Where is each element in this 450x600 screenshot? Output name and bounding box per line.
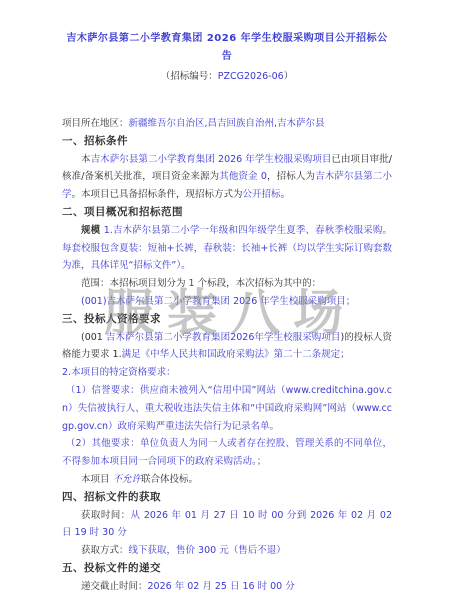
text-run: 递交截止时间： [81,581,148,592]
text-run: 其他资金 0 [219,171,267,182]
subtitle-prefix: （招标编号： [161,71,218,82]
text-run: 本项目 [81,474,113,485]
text-run: 二、项目概况和招标范围 [62,206,183,218]
paragraph: 本吉木萨尔县第二小学教育集团 2026 年学生校服采购项目已由项目审批/核准/备… [62,151,392,204]
text-run: 获取时间： [81,510,131,521]
text-run: 五、投标文件的递交 [62,562,161,574]
bid-announcement-page: 吉木萨尔县第二小学教育集团 2026 年学生校服采购项目公开招标公告 （招标编号… [0,0,450,600]
text-run: 吉木萨尔县第二小学教育集团2026年学生校服采购项目 [106,332,341,343]
paragraph: (001 吉木萨尔县第二小学教育集团2026年学生校服采购项目)的投标人资格能力… [62,329,392,365]
paragraph: （1）信誉要求：供应商未被列入“信用中国”网站（www.creditchina.… [62,382,392,435]
section-heading: 五、投标文件的递交 [62,560,392,578]
text-run: 。 [281,189,291,200]
paragraph: （2）其他要求：单位负责人为同一人或者存在控股、管理关系的不同单位，不得参加本项… [62,435,392,471]
text-run: 2.本项目的特定资格要求： [62,367,176,378]
text-run: 规模 [81,225,104,236]
text-run: 线下获取，售价 300 元（售后不退） [129,545,286,556]
meta-line: 项目所在地区：新疆维吾尔自治区,昌吉回族自治州,吉木萨尔县 [62,115,392,133]
document-title: 吉木萨尔县第二小学教育集团 2026 年学生校服采购项目公开招标公告 [62,30,392,66]
text-run: 。本项目已具备招标条件，现招标方式为 [72,189,243,200]
text-run: 满足《中华人民共和国政府采购法》第二十二条规定； [122,349,350,360]
paragraph: 获取时间：从 2026 年 01 月 27 日 10 时 00 分到 2026 … [62,507,392,543]
text-run: 个标段，本次招标为其中的： [195,278,322,289]
paragraph: 递交截止时间：2026 年 02 月 25 日 16 时 00 分 [62,578,392,596]
text-run: 三、投标人资格要求 [62,313,161,325]
text-run: 不允许 [113,474,142,485]
text-run: 范围：本招标项目划分为 [81,278,189,289]
section-heading: 一、招标条件 [62,133,392,151]
text-run: （1）信誉要求：供应商未被列入“信用中国”网站（www.creditchina.… [62,385,392,432]
text-run: 四、招标文件的获取 [62,491,161,503]
document-subtitle: （招标编号：PZCG2026-06） [62,68,392,86]
text-run: 本 [81,154,91,165]
text-run: 公开招标 [243,189,281,200]
text-run: 新疆维吾尔自治区,昌吉回族自治州,吉木萨尔县 [129,118,325,129]
section-heading: 三、投标人资格要求 [62,311,392,329]
text-run: 获取方式： [81,545,129,556]
subtitle-suffix: ） [284,71,294,82]
text-run: (001 [81,332,106,343]
text-run: 项目所在地区： [62,118,129,129]
text-run: 一、招标条件 [62,135,128,147]
section-heading: 四、招标文件的获取 [62,489,392,507]
text-run: 1.吉木萨尔县第二小学一年级和四年级学生夏季、春秋季校服采购。每套校服包含夏装：… [62,225,392,272]
paragraph: 规模 1.吉木萨尔县第二小学一年级和四年级学生夏季、春秋季校服采购。每套校服包含… [62,222,392,275]
text-run: 联合体投标。 [141,474,198,485]
document-body: 项目所在地区：新疆维吾尔自治区,昌吉回族自治州,吉木萨尔县一、招标条件本吉木萨尔… [62,115,392,596]
section-heading: 二、项目概况和招标范围 [62,204,392,222]
text-run: （2）其他要求：单位负责人为同一人或者存在控股、管理关系的不同单位，不得参加本项… [62,438,392,467]
text-run: 2026 年 02 月 25 日 16 时 00 分 [148,581,295,592]
paragraph: 范围：本招标项目划分为 1 个标段，本次招标为其中的： [62,275,392,293]
text-run: 吉木萨尔县第二小学教育集团 2026 年学生校服采购项目 [91,154,332,165]
paragraph: 本项目 不允许联合体投标。 [62,471,392,489]
paragraph: (001)吉木萨尔县第二小学教育集团 2026 年学生校服采购项目； [62,293,392,311]
tender-number: PZCG2026-06 [218,71,284,82]
paragraph: 2.本项目的特定资格要求： [62,364,392,382]
text-run: ，招标人为 [267,171,315,182]
paragraph: 获取方式：线下获取，售价 300 元（售后不退） [62,542,392,560]
text-run: (001)吉木萨尔县第二小学教育集团 2026 年学生校服采购项目； [81,296,355,307]
